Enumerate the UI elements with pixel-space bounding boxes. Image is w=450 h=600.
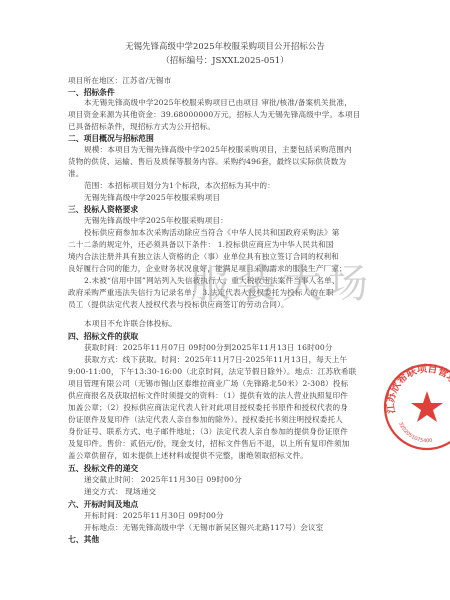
section-3-line: 2.未被“信用中国”网站列入失信被执行人、重大税收违法案件当事人名单、	[84, 276, 340, 286]
seal-ring-text: 江苏欣希联项目管理有限公司	[381, 361, 450, 415]
section-1-line: 已具备招标条件，现招标方式为公开招标。	[68, 122, 215, 132]
section-3-line: 二十二条的规定外，还必须具备以下条件： 1.投标供应商应为中华人民共和国	[68, 240, 334, 250]
section-heading-5: 五、投标文件的递交	[68, 463, 138, 474]
section-6-line: 开标地点：无锡先锋高级中学（无锡市新吴区锡兴北路117号）会议室	[84, 523, 324, 533]
section-5-line: 递交截止时间： 2025年11月30日 09时00分	[84, 475, 242, 485]
section-4-line: 9:00-11:00，下午13:30-16:00（北京时间，法定节假日除外）。地…	[68, 367, 357, 377]
section-1-line: 项目资金来源为其他资金：39.68000000万元，招标人为无锡先锋高级中学。本…	[68, 110, 360, 120]
section-3-line: 员工（提供法定代表人授权代表与投标供应商签订的劳动合同）。	[68, 300, 289, 310]
section-heading-4: 四、招标文件的获取	[68, 331, 138, 342]
section-2-line: 范围：本招标项目划分为1个标段，本次招标为其中的：	[84, 181, 275, 191]
section-heading-6: 六、开标时间及地点	[68, 499, 138, 510]
svg-text:江苏欣希联项目管理有限公司: 江苏欣希联项目管理有限公司	[381, 361, 450, 415]
section-6-line: 开标时间：2025年11月30日 09时00分	[84, 511, 224, 521]
section-2-line: 准。	[68, 169, 84, 179]
section-3-line: 政府采购严重违法失信行为记录名单； 3.法定代表人授权委托为投标人的在职	[68, 288, 334, 298]
section-heading-3: 三、投标人资格要求	[68, 204, 138, 215]
section-heading-7: 七、其他	[68, 534, 99, 545]
section-5-line: 递交方式： 现场递交	[84, 487, 156, 497]
section-3-line: 无锡先锋高级中学2025年校服采购项目：	[84, 216, 228, 226]
section-1-line: 本无锡先锋高级中学2025年校服采购项目已由项目 审批/核准/备案机关批准，	[84, 98, 352, 108]
section-4-line: 身份证号、联系方式、电子邮件地址；（3）法定代表人亲自参加的提供身份证原件	[68, 427, 348, 437]
section-4-line: 项目管理有限公司（无锡市锡山区泰维拉商业广场（先锋路北50米）2-308）投标	[68, 379, 348, 389]
document-title: 无锡先锋高级中学2025年校服采购项目公开招标公告	[0, 40, 450, 52]
document-page: 无锡先锋高级中学2025年校服采购项目公开招标公告 （招标编号：JSXXL202…	[0, 0, 450, 600]
company-seal-icon: 江苏欣希联项目管理有限公司 3202051075400	[381, 361, 450, 453]
section-2-line: 规模：本项目为无锡先锋高级中学2025年校服采购项目，主要包括采购范围内	[84, 145, 352, 155]
section-3-line: 本项目不允许联合体投标。	[84, 319, 177, 329]
seal-serial: 3202051075400	[397, 421, 433, 444]
section-4-line: 份证原件及复印件（法定代表人亲自参加的除外）。授权委托书须注明授权委托人	[68, 415, 343, 425]
section-2-line: 货物的供货、运输、售后及质保等服务内容。采购约496套，最终以实际供货数为	[68, 157, 346, 167]
project-location: 项目所在地区：江苏省/无锡市	[68, 76, 171, 86]
section-4-line: 盖公章供留存，如未提供上述材料或提供不完整，谢绝领取招标文件。	[68, 451, 308, 461]
section-4-line: 获取方式：线下获取。时间：2025年11月7日-2025年11月13日，每天上午	[84, 355, 347, 365]
section-3-line: 投标供应商参加本次采购活动除应当符合《中华人民共和国政府采购法》第	[84, 228, 340, 238]
tender-number: （招标编号：JSXXL2025-051）	[0, 54, 450, 66]
svg-text:3202051075400: 3202051075400	[397, 421, 433, 444]
section-heading-1: 一、招标条件	[68, 87, 115, 98]
section-3-line: 境内合法注册并具有独立法人资格的企（事）业单位具有独立签订合同的权利和	[68, 252, 339, 262]
section-4-line: 供应商报名及获取招标文件时须提交的资料：（1）提供有效的法人营业执照复印件	[68, 391, 348, 401]
section-3-line: 良好履行合同的能力，企业财务状况良好，能满足项目采购需求的服装生产厂家；	[68, 264, 347, 274]
section-4-line: 及复印件。售价：贰佰元/份，现金支付，招标文件售后不退，以上所有复印件须加	[68, 439, 349, 449]
section-heading-2: 二、项目概况与招标范围	[68, 133, 154, 144]
section-4-line: 获取时间：2025年11月07日 09时00分到2025年11月13日 16时0…	[84, 343, 333, 353]
section-2-line: 无锡先锋高级中学2025年校服采购项目	[84, 193, 220, 203]
section-4-line: 加盖公章；（2）投标供应商法定代表人针对此项目授权委托书原件和授权代表的身	[68, 403, 348, 413]
